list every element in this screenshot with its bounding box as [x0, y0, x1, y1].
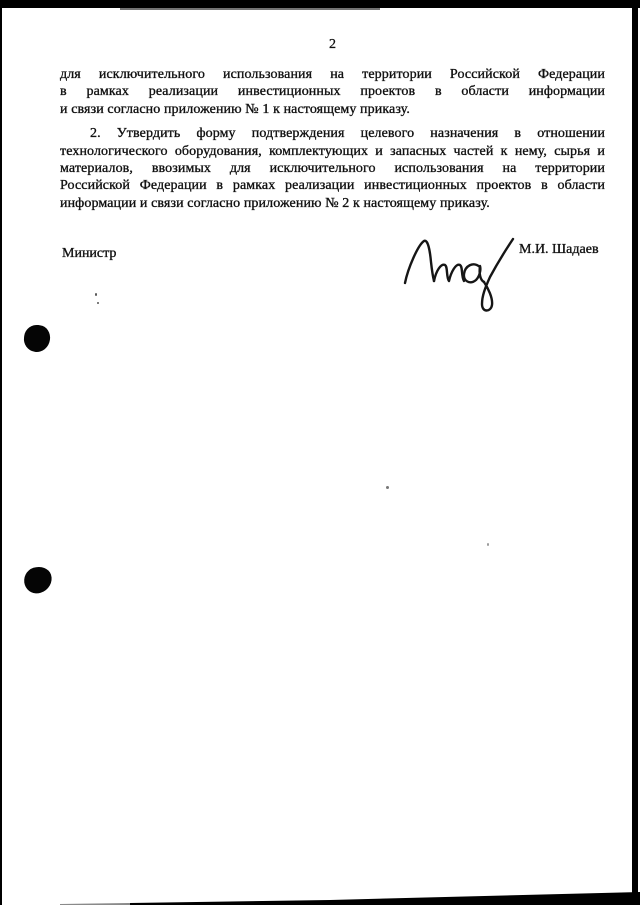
text-line: материалов, ввозимых для исключительного… [60, 160, 605, 177]
scan-speck [97, 302, 99, 304]
hole-punch-top [22, 323, 52, 353]
text-line: и связи согласно приложению № 1 к настоя… [60, 101, 605, 118]
paragraph-item-2: 2. Утвердить форму подтверждения целевог… [60, 125, 605, 212]
scan-speck [487, 543, 489, 546]
text-line: информации и связи согласно приложению №… [60, 195, 605, 212]
scan-edge-top [0, 0, 640, 8]
scan-speck [95, 293, 97, 296]
scanned-document-page: 2 для исключительного использования на т… [0, 0, 640, 905]
scan-edge-left [0, 0, 2, 905]
scan-edge-right [632, 0, 638, 905]
text-line: технологического оборудования, комплекту… [60, 143, 605, 160]
scan-edge-bottom [0, 885, 640, 905]
text-line: 2. Утвердить форму подтверждения целевог… [60, 125, 605, 142]
minister-signature-icon [400, 227, 530, 319]
text-line: Российской Федерации в рамках реализации… [60, 177, 605, 194]
scan-speck [386, 486, 389, 489]
signatory-role: Министр [62, 246, 116, 262]
text-line: в рамках реализации инвестиционных проек… [60, 83, 605, 100]
text-line: для исключительного использования на тер… [60, 66, 605, 83]
hole-punch-bottom [21, 563, 56, 596]
document-body: для исключительного использования на тер… [60, 66, 605, 212]
signatory-name: М.И. Шадаев [519, 242, 599, 258]
page-number: 2 [60, 37, 605, 53]
paragraph-continuation: для исключительного использования на тер… [60, 66, 605, 118]
